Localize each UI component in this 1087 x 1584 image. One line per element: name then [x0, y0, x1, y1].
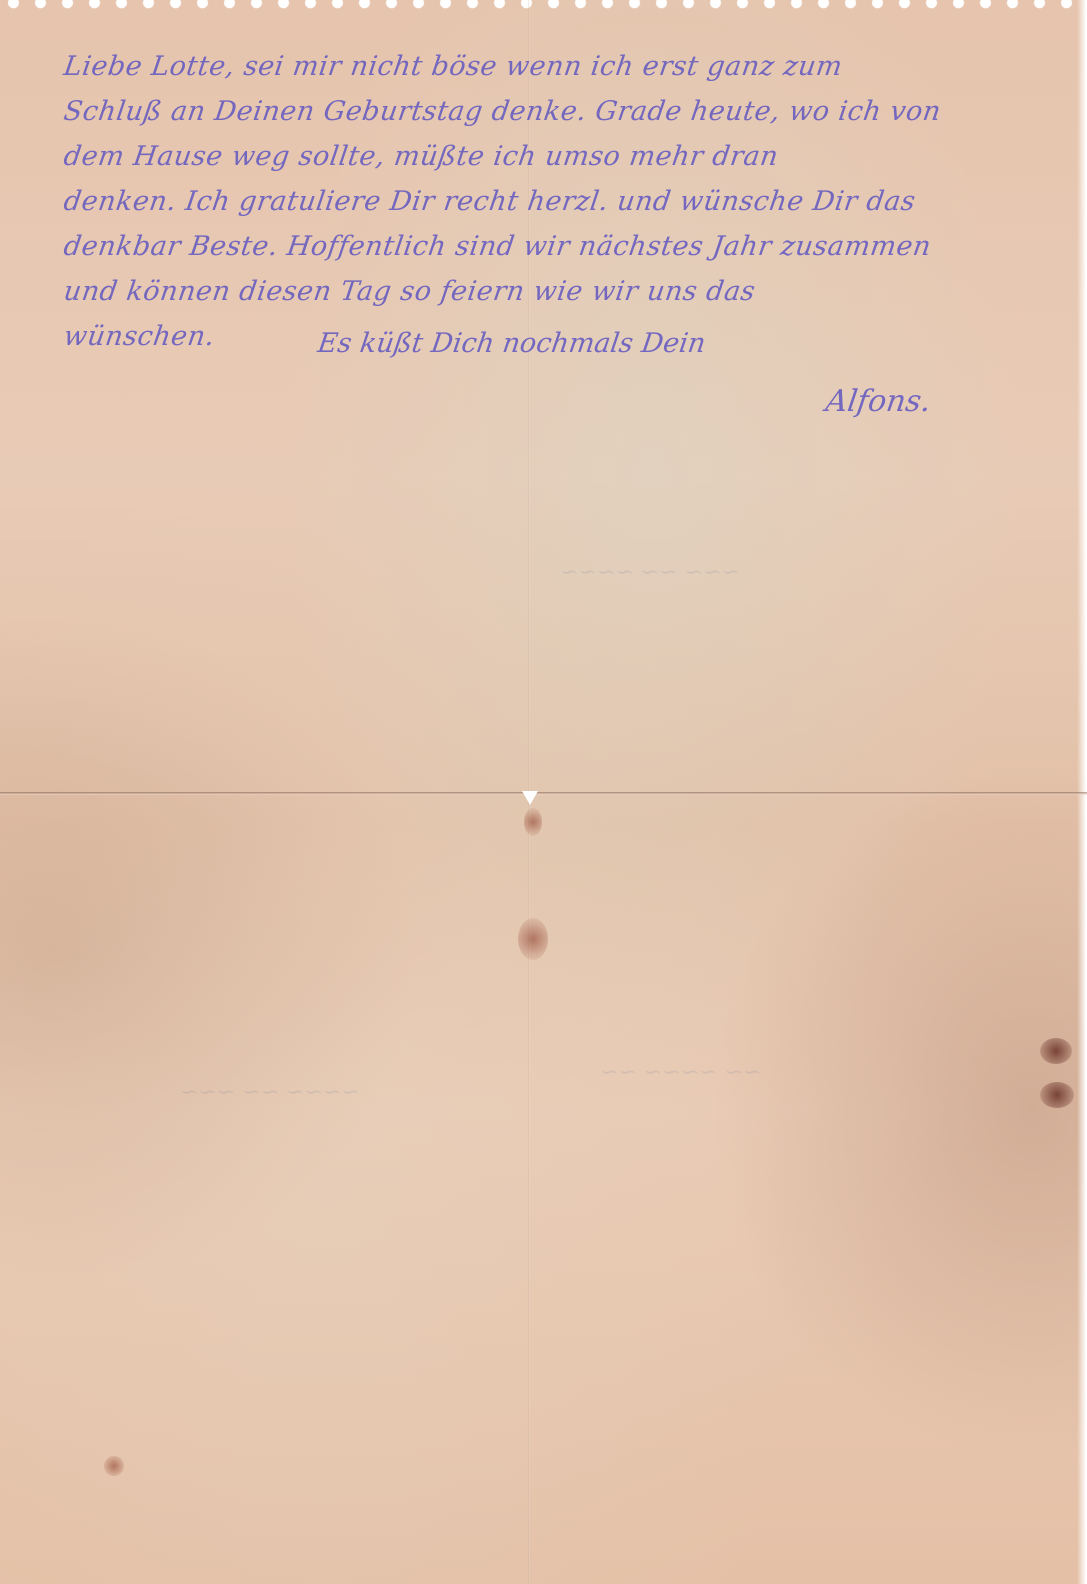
stain — [104, 1456, 124, 1476]
fold-tear — [522, 791, 538, 805]
stain — [1040, 1038, 1072, 1064]
letter-line: denkbar Beste. Hoffentlich sind wir näch… — [61, 224, 1057, 269]
letter-page: ​~~~ ~~ ~~~~ ​~~~~ ~~ ~~~ ​~~ ~~~~ ~~ Li… — [0, 0, 1087, 1584]
bleed-through-text: ​~~~ ~~ ~~~~ — [558, 560, 741, 585]
bleed-through-text: ​~~~~ ~~ ~~~ — [178, 1080, 361, 1105]
stain — [1040, 1082, 1074, 1108]
stain — [524, 808, 542, 836]
horizontal-fold-line — [0, 792, 1087, 795]
letter-line: Schluß an Deinen Geburtstag denke. Grade… — [61, 89, 1057, 134]
letter-line: denken. Ich gratuliere Dir recht herzl. … — [61, 179, 1057, 224]
letter-line: dem Hause weg sollte, müßte ich umso meh… — [61, 134, 1057, 179]
bleed-through-text: ​~~ ~~~~ ~~ — [598, 1060, 763, 1085]
letter-body: Liebe Lotte, sei mir nicht böse wenn ich… — [64, 44, 1054, 359]
perforated-edge — [0, 0, 1087, 14]
letter-signature: Alfons. — [824, 384, 934, 419]
letter-line: Liebe Lotte, sei mir nicht böse wenn ich… — [61, 44, 1057, 89]
letter-closing: Es küßt Dich nochmals Dein — [316, 328, 708, 359]
letter-line: und können diesen Tag so feiern wie wir … — [61, 269, 1057, 314]
stain — [518, 918, 548, 960]
